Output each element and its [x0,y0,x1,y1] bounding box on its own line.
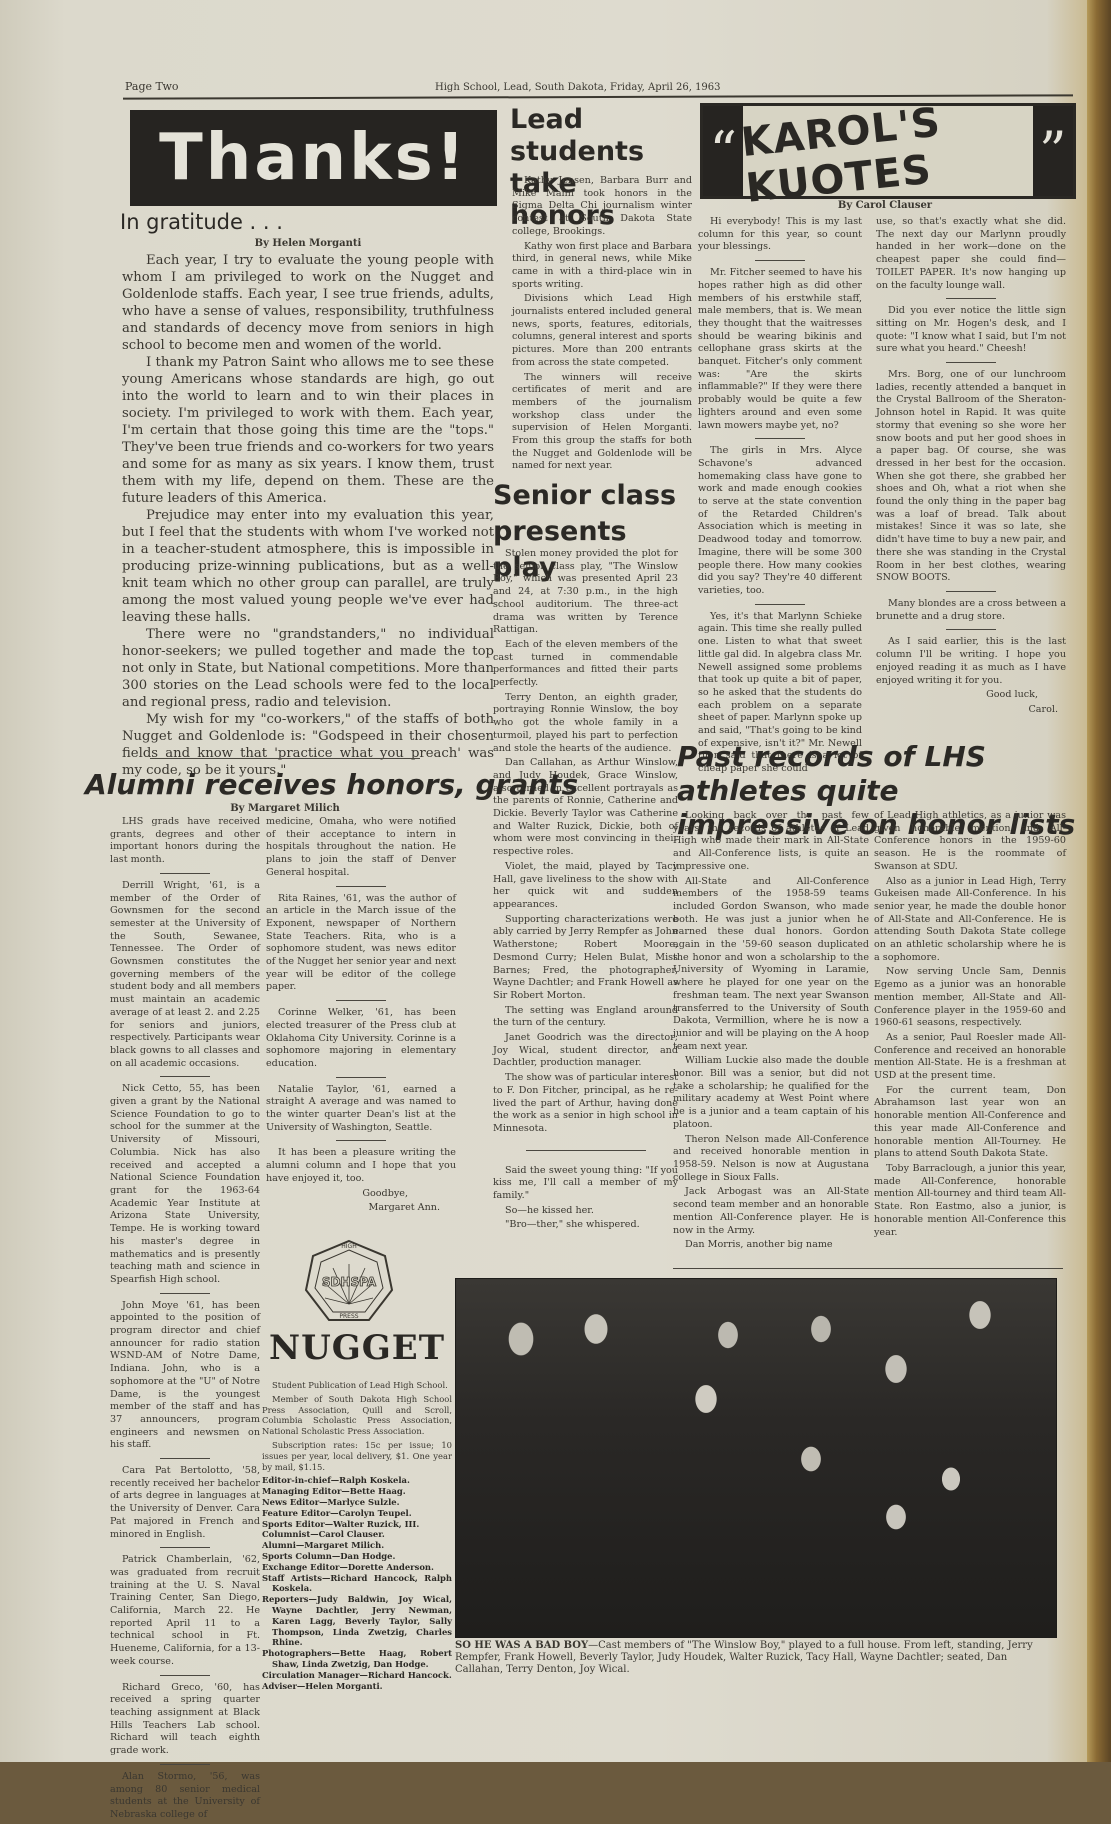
alumni-col1: LHS grads have received grants, degrees … [110,816,260,1762]
page-number: Page Two [125,80,179,93]
paragraph: Each year, I try to evaluate the young p… [122,252,494,354]
karols-kuotes-byline: By Carol Clauser [700,200,1070,211]
photo-caption: SO HE WAS A BAD BOY—Cast members of "The… [455,1640,1055,1676]
staff-entry: Columnist—Carol Clauser. [262,1529,452,1540]
alumni-headline: Alumni receives honors, grants [85,768,578,801]
paragraph: LHS grads have received grants, degrees … [110,816,260,867]
paragraph: Divisions which Lead High journalists en… [512,293,692,369]
thanks-banner-text: Thanks! [159,121,468,195]
paragraph: Also as a junior in Lead High, Terry Guk… [874,876,1066,965]
divider [336,1077,386,1078]
staff-entry: Sports Column—Dan Hodge. [262,1551,452,1562]
staff-entry: Photographers—Bette Haag, Robert Shaw, L… [262,1648,452,1670]
paragraph: Toby Barraclough, a junior this year, ma… [874,1163,1066,1239]
filler-joke: "Bro—ther," she whispered. [493,1219,678,1232]
staff-entry: Staff Artists—Richard Hancock, Ralph Kos… [262,1573,452,1595]
paragraph: Did you ever notice the little sign sitt… [876,305,1066,356]
staff-entry: Editor-in-chief—Ralph Koskela. [262,1475,452,1486]
divider [946,298,996,299]
cast-photo [455,1278,1057,1638]
gratitude-headline: In gratitude . . . [120,210,283,234]
paragraph: Rita Raines, '61, was the author of an a… [266,893,456,995]
divider [336,1140,386,1141]
paragraph: Patrick Chamberlain, '62, was graduated … [110,1554,260,1668]
nugget-staff-box: Student Publication of Lead High School.… [262,1380,452,1691]
press-association-seal-icon: SDHSPA HIGH PRESS [303,1238,395,1324]
alumni-col2: medicine, Omaha, who were notified of th… [266,816,456,1217]
staff-entry: Feature Editor—Carolyn Teupel. [262,1508,452,1519]
divider [160,1458,210,1459]
paragraph: Many blondes are a cross between a brune… [876,598,1066,623]
karols-kuotes-banner: “ KAROL'S KUOTES ” [700,103,1076,199]
section-rule [150,758,420,759]
paragraph: It has been a pleasure writing the alumn… [266,1147,456,1185]
paragraph: Cara Pat Bertolotto, '58, recently recei… [110,1465,260,1541]
paragraph: Prejudice may enter into my evaluation t… [122,507,494,626]
staff-entry: Exchange Editor—Dorette Anderson. [262,1562,452,1573]
paragraph: Each of the eleven members of the cast t… [493,639,678,690]
paragraph: Violet, the maid, played by Tacy Hall, g… [493,861,678,912]
karols-kuotes-col2: use, so that's exactly what she did. The… [876,216,1066,719]
quote-mark-icon: “ [703,106,743,196]
masthead-rule [123,94,1073,99]
paragraph: Dan Morris, another big name [673,1239,869,1252]
paragraph: medicine, Omaha, who were notified of th… [266,816,456,880]
karols-kuotes-title: KAROL'S KUOTES [739,90,1036,212]
karols-kuotes-col1: Hi everybody! This is my last column for… [698,216,862,778]
paragraph: I thank my Patron Saint who allows me to… [122,354,494,507]
svg-text:SDHSPA: SDHSPA [322,1275,377,1289]
signature: Carol. [876,704,1066,717]
divider [160,1293,210,1294]
filler-joke: So—he kissed her. [493,1205,678,1218]
paragraph: John Moye '61, has been appointed to the… [110,1300,260,1452]
paragraph: use, so that's exactly what she did. The… [876,216,1066,292]
caption-lead: SO HE WAS A BAD BOY [455,1640,588,1651]
thanks-banner: Thanks! [130,110,497,206]
divider [526,1150,646,1151]
paragraph: Nick Cetto, 55, has been given a grant b… [110,1083,260,1286]
paragraph: Kathy Jensen, Barbara Burr and Mike Mann… [512,175,692,239]
publication-info: Student Publication of Lead High School. [262,1380,452,1391]
divider [946,362,996,363]
staff-entry: Reporters—Judy Baldwin, Joy Wical, Wayne… [262,1594,452,1648]
page-edge [1087,0,1111,1762]
divider [336,886,386,887]
staff-entry: Circulation Manager—Richard Hancock. [262,1670,452,1681]
paragraph: The setting was England around the turn … [493,1005,678,1030]
signoff: Good luck, [876,689,1066,702]
paragraph: Hi everybody! This is my last column for… [698,216,862,254]
paragraph: Corinne Welker, '61, has been elected tr… [266,1007,456,1071]
lead-students-body: Kathy Jensen, Barbara Burr and Mike Mann… [512,175,692,475]
paragraph: Mrs. Borg, one of our lunchroom ladies, … [876,369,1066,585]
paragraph: of Lead High athletics, as a junior was … [874,810,1066,874]
divider [160,1076,210,1077]
staff-entry: Alumni—Margaret Milich. [262,1540,452,1551]
paragraph: Derrill Wright, '61, is a member of the … [110,880,260,1071]
divider [755,604,805,605]
gratitude-article-body: Each year, I try to evaluate the young p… [122,252,494,779]
nugget-nameplate: NUGGET [262,1328,452,1368]
paragraph: For the current team, Don Abrahamson las… [874,1085,1066,1161]
divider [160,1675,210,1676]
divider [160,1547,210,1548]
paragraph: William Luckie also made the double hono… [673,1055,869,1131]
divider [946,591,996,592]
divider [160,873,210,874]
past-records-col2: of Lead High athletics, as a junior was … [874,810,1066,1241]
paragraph: Terry Denton, an eighth grader, portrayi… [493,692,678,756]
paragraph: The girls in Mrs. Alyce Schavone's advan… [698,445,862,597]
quote-mark-icon: ” [1033,106,1073,196]
signature: Margaret Ann. [266,1202,456,1215]
paragraph: Looking back over the past few years, th… [673,810,869,874]
senior-play-body: Stolen money provided the plot for the s… [493,548,678,1234]
paragraph: Jack Arbogast was an All-State second te… [673,1186,869,1237]
staff-entry: Adviser—Helen Morganti. [262,1681,452,1692]
paragraph: Theron Nelson made All-Conference and re… [673,1134,869,1185]
signoff: Goodbye, [266,1188,456,1201]
paragraph: Mr. Fitcher seemed to have his hopes rat… [698,267,862,432]
staff-entry: Managing Editor—Bette Haag. [262,1486,452,1497]
newspaper-page: Page Two High School, Lead, South Dakota… [0,0,1090,1762]
staff-entry: News Editor—Marlyce Sulzle. [262,1497,452,1508]
paragraph: As I said earlier, this is the last colu… [876,636,1066,687]
past-records-col1: Looking back over the past few years, th… [673,810,869,1254]
svg-text:PRESS: PRESS [339,1313,358,1320]
staff-entry: Sports Editor—Walter Ruzick, III. [262,1519,452,1530]
divider [946,629,996,630]
paragraph: Janet Goodrich was the director; Joy Wic… [493,1032,678,1070]
divider [755,438,805,439]
paragraph: All-State and All-Conference members of … [673,876,869,1054]
gratitude-byline: By Helen Morganti [122,238,494,249]
divider [755,260,805,261]
paragraph: Natalie Taylor, '61, earned a straight A… [266,1084,456,1135]
alumni-byline: By Margaret Milich [110,803,460,814]
section-rule [673,1268,1063,1269]
dateline: High School, Lead, South Dakota, Friday,… [435,82,721,93]
publication-info: Subscription rates: 15c per issue; 10 is… [262,1440,452,1472]
divider [336,1000,386,1001]
paragraph: There were no "grandstanders," no indivi… [122,626,494,711]
paragraph: The winners will receive certificates of… [512,372,692,474]
paragraph: The show was of particular interest to F… [493,1072,678,1136]
paragraph: Stolen money provided the plot for the s… [493,548,678,637]
paragraph: Kathy won first place and Barbara third,… [512,241,692,292]
paragraph: Now serving Uncle Sam, Dennis Egemo as a… [874,966,1066,1030]
filler-joke: Said the sweet young thing: "If you kiss… [493,1165,678,1203]
paragraph: Supporting characterizations were ably c… [493,914,678,1003]
paragraph: As a senior, Paul Roesler made All-Confe… [874,1032,1066,1083]
svg-text:HIGH: HIGH [341,1243,356,1250]
paragraph: Richard Greco, '60, has received a sprin… [110,1682,260,1758]
publication-info: Member of South Dakota High School Press… [262,1394,452,1437]
